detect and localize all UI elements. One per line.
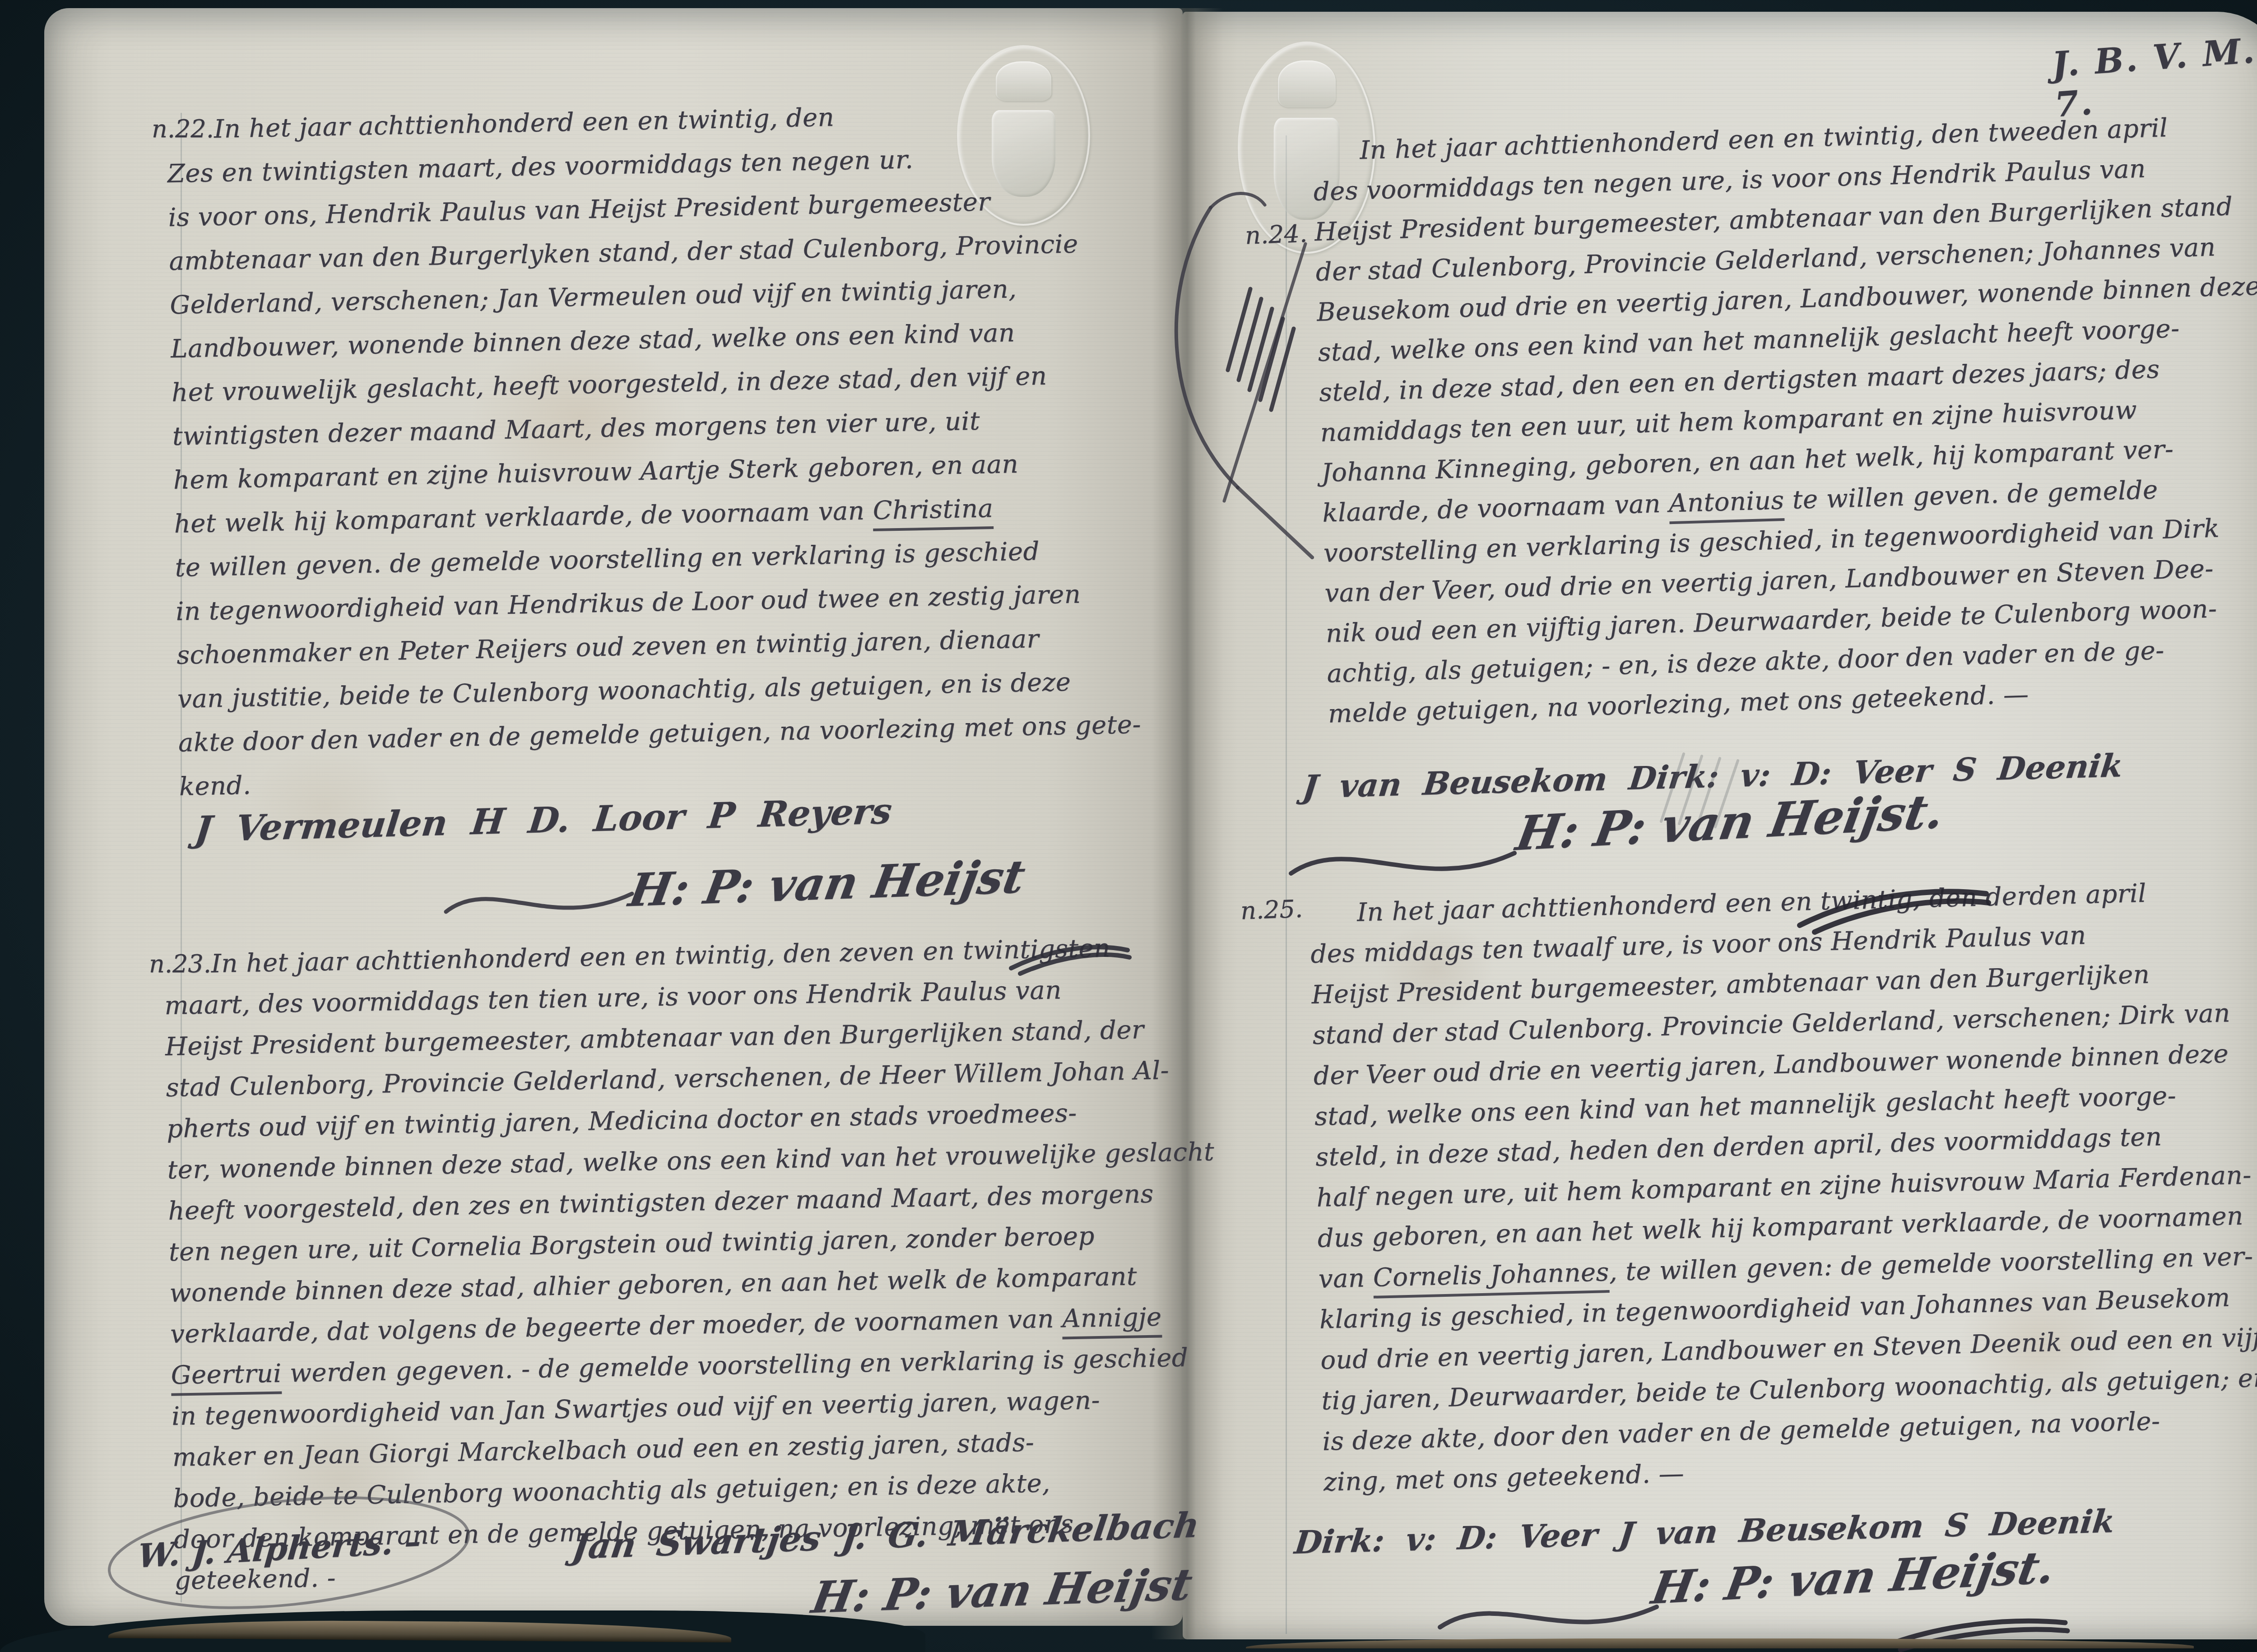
signature-swash [1435, 1584, 1661, 1643]
signature-swash [442, 869, 636, 928]
signature-flourish [1007, 941, 1133, 977]
signature-flourish [1794, 882, 1993, 937]
entry-22-text: In het jaar achttienhonderd een en twint… [166, 89, 1159, 808]
underlined-given-name: Geertrui [171, 1359, 282, 1396]
underlined-given-name: Cornelis Johannes [1373, 1258, 1610, 1299]
entry-25-text: In het jaar achttienhonderd een en twint… [1309, 871, 2257, 1503]
underlined-given-name: Antonius [1668, 486, 1785, 524]
signature-oval-flourish [95, 1485, 492, 1620]
scanned-register-spread: J. B. V. M. 7. n.22. n.23. n.24. n.25. I… [0, 0, 2257, 1652]
margin-ink-flourish [1156, 176, 1355, 591]
entry-24-text: In het jaar achttienhonderd een en twint… [1312, 106, 2257, 734]
entry-number-25: n.25. [1240, 895, 1303, 925]
seal-crown [1277, 60, 1335, 107]
signature-swash [1286, 828, 1521, 891]
underlined-given-name: Annigje [1062, 1303, 1162, 1340]
underlined-given-name: Christina [873, 494, 994, 531]
